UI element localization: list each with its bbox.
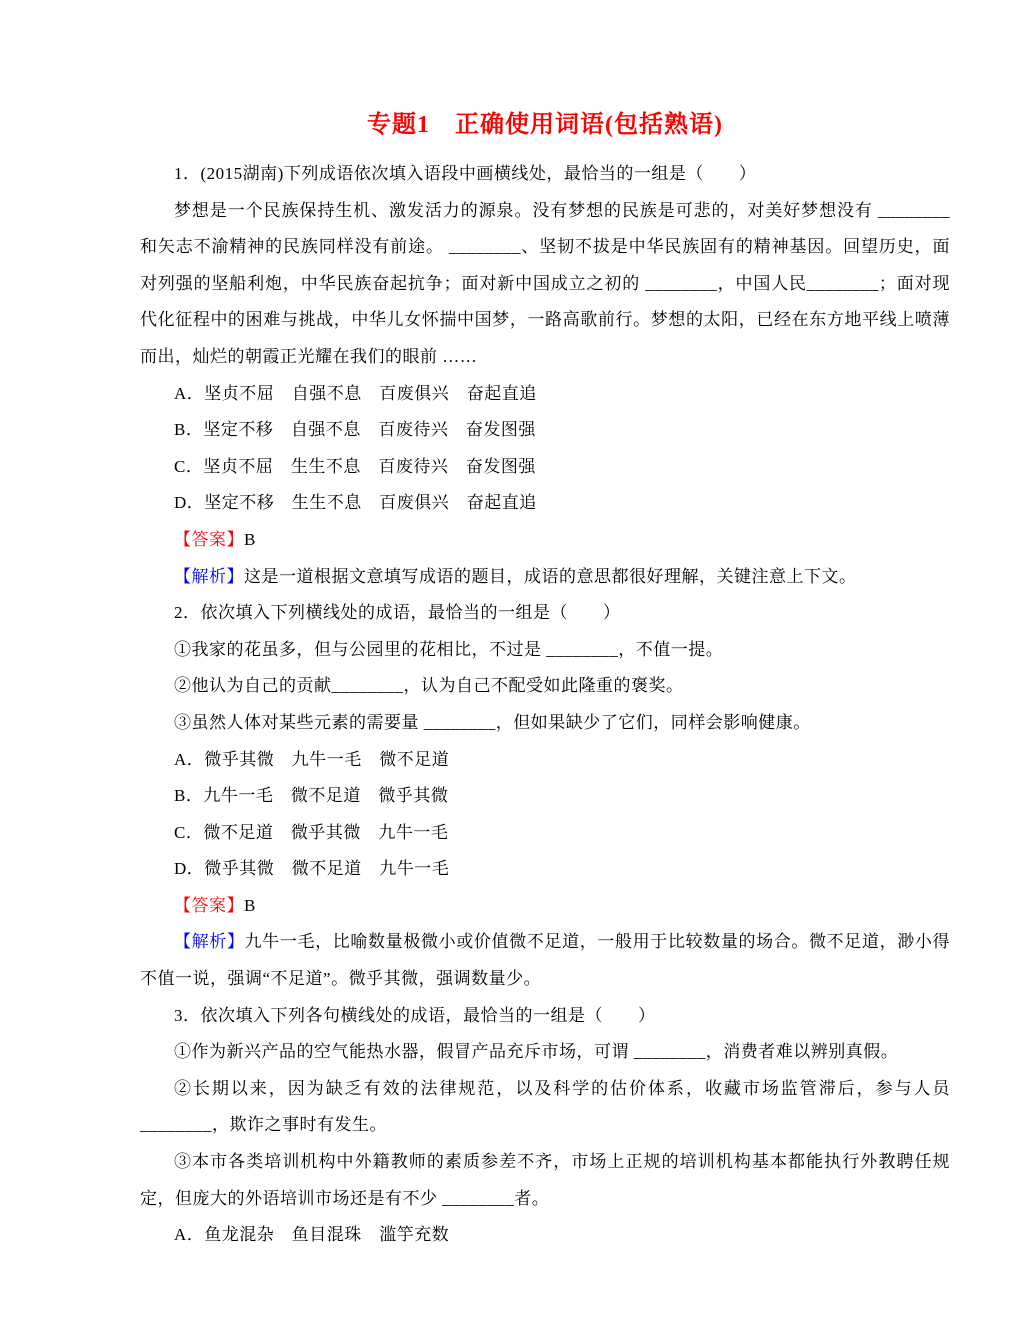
question-1-option-b: B．坚定不移 自强不息 百废待兴 奋发图强: [140, 412, 950, 449]
question-3-stem: 3．依次填入下列各句横线处的成语，最恰当的一组是（ ）: [140, 998, 950, 1035]
analysis-text: 这是一道根据文意填写成语的题目，成语的意思都很好理解，关键注意上下文。: [244, 567, 857, 586]
question-2-item-1: ①我家的花虽多，但与公园里的花相比，不过是 ________，不值一提。: [140, 632, 950, 669]
question-1-option-d: D．坚定不移 生生不息 百废俱兴 奋起直追: [140, 485, 950, 522]
question-1-passage: 梦想是一个民族保持生机、激发活力的源泉。没有梦想的民族是可悲的，对美好梦想没有 …: [140, 193, 950, 376]
question-2-option-c: C．微不足道 微乎其微 九牛一毛: [140, 815, 950, 852]
question-2-option-a: A．微乎其微 九牛一毛 微不足道: [140, 742, 950, 779]
question-3-option-a: A．鱼龙混杂 鱼目混珠 滥竽充数: [140, 1217, 950, 1254]
analysis-label: 【解析】: [174, 932, 245, 951]
question-3-item-1: ①作为新兴产品的空气能热水器，假冒产品充斥市场，可谓 ________，消费者难…: [140, 1034, 950, 1071]
question-3-item-3: ③本市各类培训机构中外籍教师的素质参差不齐，市场上正规的培训机构基本都能执行外教…: [140, 1144, 950, 1217]
question-2-item-3: ③虽然人体对某些元素的需要量 ________，但如果缺少了它们，同样会影响健康…: [140, 705, 950, 742]
question-1-answer-line: 【答案】B: [140, 522, 950, 559]
question-2: 2．依次填入下列横线处的成语，最恰当的一组是（ ） ①我家的花虽多，但与公园里的…: [140, 595, 950, 998]
question-1-option-a: A．坚贞不屈 自强不息 百废俱兴 奋起直追: [140, 376, 950, 413]
answer-value: B: [244, 530, 256, 549]
question-3: 3．依次填入下列各句横线处的成语，最恰当的一组是（ ） ①作为新兴产品的空气能热…: [140, 998, 950, 1254]
question-1-option-c: C．坚贞不屈 生生不息 百废待兴 奋发图强: [140, 449, 950, 486]
question-2-stem: 2．依次填入下列横线处的成语，最恰当的一组是（ ）: [140, 595, 950, 632]
answer-label: 【答案】: [174, 530, 244, 549]
question-1: 1．(2015湖南)下列成语依次填入语段中画横线处，最恰当的一组是（ ） 梦想是…: [140, 156, 950, 595]
question-1-stem: 1．(2015湖南)下列成语依次填入语段中画横线处，最恰当的一组是（ ）: [140, 156, 950, 193]
page-title: 专题1 正确使用词语(包括熟语): [140, 104, 950, 146]
analysis-label: 【解析】: [174, 567, 244, 586]
question-2-item-2: ②他认为自己的贡献________，认为自己不配受如此隆重的褒奖。: [140, 668, 950, 705]
question-2-answer-line: 【答案】B: [140, 888, 950, 925]
document-page: 专题1 正确使用词语(包括熟语) 1．(2015湖南)下列成语依次填入语段中画横…: [0, 0, 1020, 1320]
answer-label: 【答案】: [174, 896, 244, 915]
question-2-analysis-line: 【解析】九牛一毛，比喻数量极微小或价值微不足道，一般用于比较数量的场合。微不足道…: [140, 924, 950, 997]
question-3-item-2: ②长期以来，因为缺乏有效的法律规范，以及科学的估价体系，收藏市场监管滞后，参与人…: [140, 1071, 950, 1144]
analysis-text: 九牛一毛，比喻数量极微小或价值微不足道，一般用于比较数量的场合。微不足道，渺小得…: [140, 932, 950, 988]
question-1-analysis-line: 【解析】这是一道根据文意填写成语的题目，成语的意思都很好理解，关键注意上下文。: [140, 559, 950, 596]
answer-value: B: [244, 896, 256, 915]
question-2-option-d: D．微乎其微 微不足道 九牛一毛: [140, 851, 950, 888]
question-2-option-b: B．九牛一毛 微不足道 微乎其微: [140, 778, 950, 815]
